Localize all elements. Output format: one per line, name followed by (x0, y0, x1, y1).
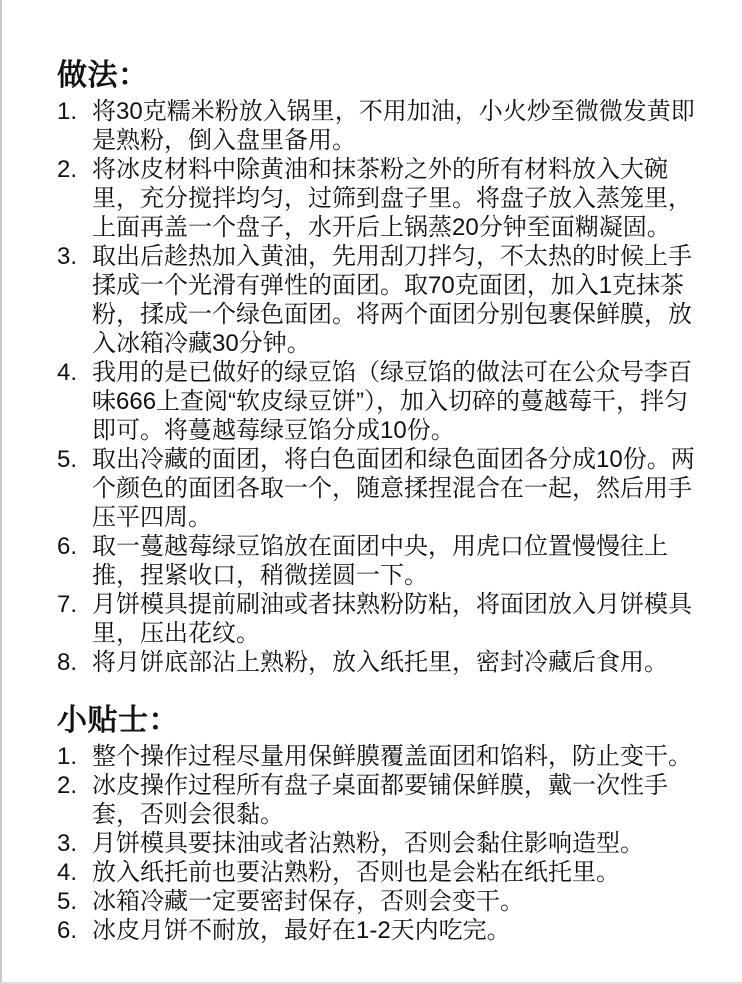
method-step-5: 5. 取出冷藏的面团，将白色面团和绿色面团各分成10份。两个颜色的面团各取一个，… (57, 445, 706, 532)
step-number: 3. (57, 242, 87, 271)
tip-number: 2. (57, 771, 87, 800)
step-number: 7. (57, 590, 87, 619)
tips-list: 1. 整个操作过程尽量用保鲜膜覆盖面团和馅料，防止变干。 2. 冰皮操作过程所有… (57, 742, 706, 945)
step-text: 月饼模具提前刷油或者抹熟粉防粘，将面团放入月饼模具里，压出花纹。 (92, 590, 706, 648)
tip-item-1: 1. 整个操作过程尽量用保鲜膜覆盖面团和馅料，防止变干。 (57, 742, 706, 771)
step-number: 8. (57, 648, 87, 677)
tip-item-3: 3. 月饼模具要抹油或者沾熟粉，否则会黏住影响造型。 (57, 829, 706, 858)
method-heading: 做法： (57, 58, 706, 94)
tip-text: 放入纸托前也要沾熟粉，否则也是会粘在纸托里。 (92, 858, 706, 887)
tip-number: 1. (57, 742, 87, 771)
method-steps-list: 1. 将30克糯米粉放入锅里，不用加油，小火炒至微微发黄即是熟粉，倒入盘里备用。… (57, 97, 706, 677)
step-text: 我用的是已做好的绿豆馅（绿豆馅的做法可在公众号李百味666上查阅“软皮绿豆饼”）… (92, 358, 706, 445)
tip-text: 月饼模具要抹油或者沾熟粉，否则会黏住影响造型。 (92, 829, 706, 858)
tips-section: 小贴士： 1. 整个操作过程尽量用保鲜膜覆盖面团和馅料，防止变干。 2. 冰皮操… (57, 703, 706, 945)
step-text: 取出冷藏的面团，将白色面团和绿色面团各分成10份。两个颜色的面团各取一个，随意揉… (92, 445, 706, 532)
step-text: 将月饼底部沾上熟粉，放入纸托里，密封冷藏后食用。 (92, 648, 706, 677)
tip-text: 冰皮操作过程所有盘子桌面都要铺保鲜膜，戴一次性手套，否则会很黏。 (92, 771, 706, 829)
step-text: 取一蔓越莓绿豆馅放在面团中央，用虎口位置慢慢往上推，捏紧收口，稍微搓圆一下。 (92, 532, 706, 590)
tip-number: 4. (57, 858, 87, 887)
method-step-6: 6. 取一蔓越莓绿豆馅放在面团中央，用虎口位置慢慢往上推，捏紧收口，稍微搓圆一下… (57, 532, 706, 590)
recipe-document-page: 做法： 1. 将30克糯米粉放入锅里，不用加油，小火炒至微微发黄即是熟粉，倒入盘… (0, 0, 742, 984)
method-step-1: 1. 将30克糯米粉放入锅里，不用加油，小火炒至微微发黄即是熟粉，倒入盘里备用。 (57, 97, 706, 155)
tip-item-2: 2. 冰皮操作过程所有盘子桌面都要铺保鲜膜，戴一次性手套，否则会很黏。 (57, 771, 706, 829)
tip-text: 冰箱冷藏一定要密封保存，否则会变干。 (92, 887, 706, 916)
step-text: 将30克糯米粉放入锅里，不用加油，小火炒至微微发黄即是熟粉，倒入盘里备用。 (92, 97, 706, 155)
method-step-2: 2. 将冰皮材料中除黄油和抹茶粉之外的所有材料放入大碗里，充分搅拌均匀，过筛到盘… (57, 155, 706, 242)
tip-item-5: 5. 冰箱冷藏一定要密封保存，否则会变干。 (57, 887, 706, 916)
step-text: 将冰皮材料中除黄油和抹茶粉之外的所有材料放入大碗里，充分搅拌均匀，过筛到盘子里。… (92, 155, 706, 242)
method-section: 做法： 1. 将30克糯米粉放入锅里，不用加油，小火炒至微微发黄即是熟粉，倒入盘… (57, 58, 706, 677)
method-step-7: 7. 月饼模具提前刷油或者抹熟粉防粘，将面团放入月饼模具里，压出花纹。 (57, 590, 706, 648)
step-text: 取出后趁热加入黄油，先用刮刀拌匀，不太热的时候上手揉成一个光滑有弹性的面团。取7… (92, 242, 706, 358)
tip-item-6: 6. 冰皮月饼不耐放，最好在1-2天内吃完。 (57, 916, 706, 945)
tip-text: 冰皮月饼不耐放，最好在1-2天内吃完。 (92, 916, 706, 945)
tip-text: 整个操作过程尽量用保鲜膜覆盖面团和馅料，防止变干。 (92, 742, 706, 771)
method-step-3: 3. 取出后趁热加入黄油，先用刮刀拌匀，不太热的时候上手揉成一个光滑有弹性的面团… (57, 242, 706, 358)
step-number: 4. (57, 358, 87, 387)
step-number: 5. (57, 445, 87, 474)
tip-item-4: 4. 放入纸托前也要沾熟粉，否则也是会粘在纸托里。 (57, 858, 706, 887)
tip-number: 5. (57, 887, 87, 916)
step-number: 2. (57, 155, 87, 184)
tip-number: 6. (57, 916, 87, 945)
tips-heading: 小贴士： (57, 703, 706, 739)
step-number: 6. (57, 532, 87, 561)
step-number: 1. (57, 97, 87, 126)
tip-number: 3. (57, 829, 87, 858)
method-step-4: 4. 我用的是已做好的绿豆馅（绿豆馅的做法可在公众号李百味666上查阅“软皮绿豆… (57, 358, 706, 445)
method-step-8: 8. 将月饼底部沾上熟粉，放入纸托里，密封冷藏后食用。 (57, 648, 706, 677)
